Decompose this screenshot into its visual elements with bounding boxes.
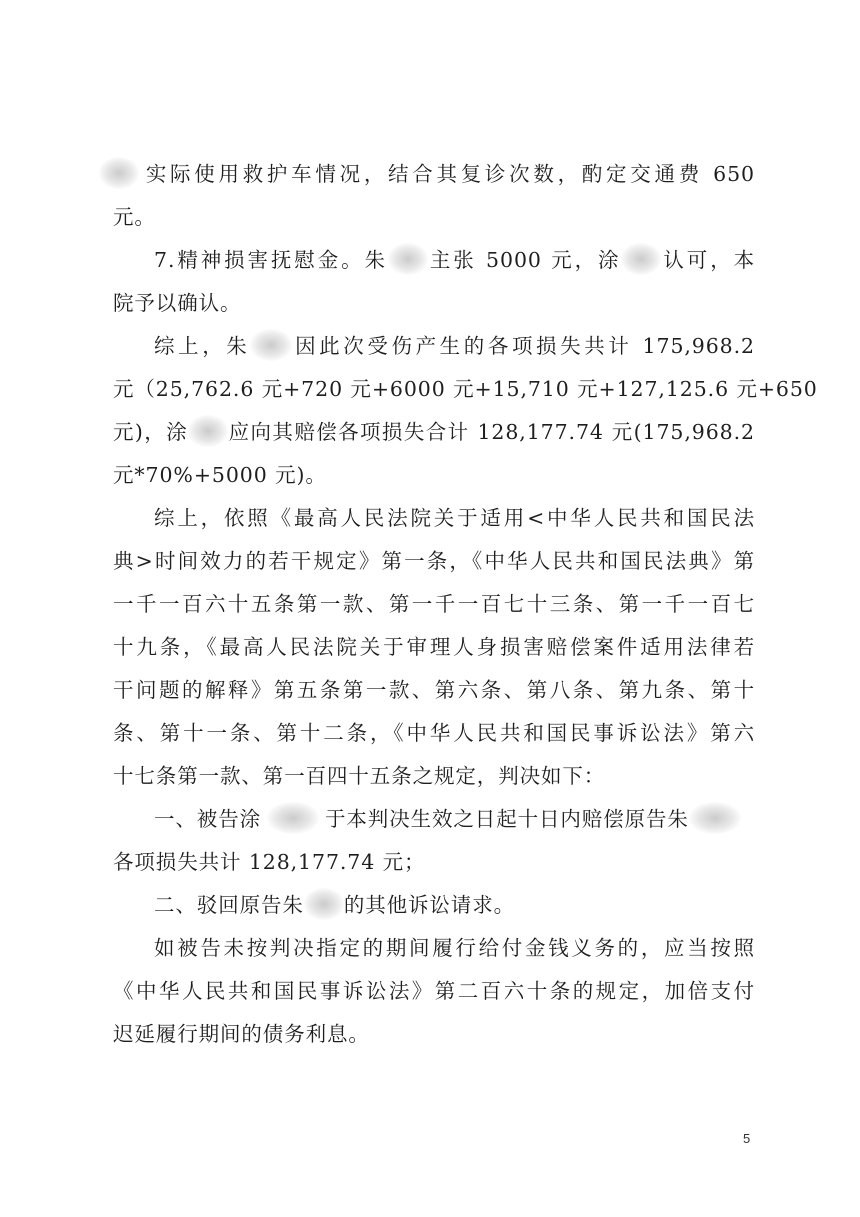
line-text: 迟延履行期间的债务利息。 [113, 1022, 370, 1046]
redacted-name [250, 329, 292, 361]
page-number: 5 [743, 1131, 750, 1146]
line-text: 实际使用救护车情况，结合其复诊次数，酌定交通费 650 [143, 162, 755, 186]
redacted-name [388, 243, 428, 275]
text-line-legal-basis: 综上，依照《最高人民法院关于适用<中华人民共和国民法 [113, 497, 755, 540]
text-line: 典>时间效力的若干规定》第一条，《中华人民共和国民法典》第 [113, 540, 755, 583]
text-line-mental-damage: 7.精神损害抚慰金。朱主张 5000 元，涂认可，本 [113, 239, 755, 282]
line-text: 应向其赔偿各项损失合计 128,177.74 元(175,968.2 [228, 420, 755, 444]
line-text: 7.精神损害抚慰金。朱 [154, 248, 388, 272]
line-text: 干问题的解释》第五条第一款、第六条、第八条、第九条、第十 [113, 678, 755, 702]
line-text: 综上，依照《最高人民法院关于适用<中华人民共和国民法 [154, 506, 755, 530]
line-text: 条、第十一条、第十二条，《中华人民共和国民事诉讼法》第六 [113, 721, 755, 745]
line-text: 主张 5000 元，涂 [428, 248, 622, 272]
line-text: 十七条第一款、第一百四十五条之规定，判决如下： [113, 764, 605, 788]
judgment-item-2: 二、驳回原告朱的其他诉讼请求。 [113, 884, 755, 927]
text-line: 院予以确认。 [113, 282, 755, 325]
line-text: 于本判决生效之日起十日内赔偿原告朱 [325, 807, 689, 831]
redacted-name [188, 415, 228, 447]
judgment-body-text: 实际使用救护车情况，结合其复诊次数，酌定交通费 650 元。 7.精神损害抚慰金… [113, 153, 755, 1056]
line-text: 一千一百六十五条第一款、第一千一百七十三条、第一千一百七 [113, 592, 755, 616]
line-text: 二、驳回原告朱 [154, 893, 304, 917]
line-text: 的其他诉讼请求。 [344, 893, 515, 917]
text-line-total-loss: 综上，朱因此次受伤产生的各项损失共计 175,968.2 [113, 325, 755, 368]
line-text: 各项损失共计 128,177.74 元； [113, 850, 425, 874]
text-line: 一千一百六十五条第一款、第一千一百七十三条、第一千一百七 [113, 583, 755, 626]
line-text: 元。 [113, 205, 156, 229]
redacted-name [689, 802, 741, 834]
redacted-name [267, 802, 319, 834]
line-text: 十九条，《最高人民法院关于审理人身损害赔偿案件适用法律若 [113, 635, 755, 659]
text-line-loss-breakdown: 元（25,762.6 元+720 元+6000 元+15,710 元+127,1… [113, 368, 755, 411]
line-text: 《中华人民共和国民事诉讼法》第二百六十条的规定，加倍支付 [113, 979, 755, 1003]
text-line-transport-fee: 实际使用救护车情况，结合其复诊次数，酌定交通费 650 [113, 153, 755, 196]
line-text: 典>时间效力的若干规定》第一条，《中华人民共和国民法典》第 [113, 549, 755, 573]
redacted-name [304, 888, 344, 920]
text-line: 《中华人民共和国民事诉讼法》第二百六十条的规定，加倍支付 [113, 970, 755, 1013]
judgment-item-1: 一、被告涂于本判决生效之日起十日内赔偿原告朱 [113, 798, 755, 841]
text-line-compensation-total: 元)，涂应向其赔偿各项损失合计 128,177.74 元(175,968.2 [113, 411, 755, 454]
line-text: 元*70%+5000 元)。 [113, 463, 327, 487]
line-text: 认可，本 [661, 248, 755, 272]
text-line: 迟延履行期间的债务利息。 [113, 1013, 755, 1056]
redacted-name [621, 243, 661, 275]
text-line: 元*70%+5000 元)。 [113, 454, 755, 497]
line-text: 因此次受伤产生的各项损失共计 175,968.2 [292, 334, 755, 358]
text-line: 元。 [113, 196, 755, 239]
text-line: 干问题的解释》第五条第一款、第六条、第八条、第九条、第十 [113, 669, 755, 712]
text-line: 十九条，《最高人民法院关于审理人身损害赔偿案件适用法律若 [113, 626, 755, 669]
line-text: 院予以确认。 [113, 291, 241, 315]
text-line: 条、第十一条、第十二条，《中华人民共和国民事诉讼法》第六 [113, 712, 755, 755]
line-text: 一、被告涂 [154, 807, 261, 831]
document-page: 实际使用救护车情况，结合其复诊次数，酌定交通费 650 元。 7.精神损害抚慰金… [0, 0, 860, 1217]
redacted-name [99, 157, 139, 189]
text-line-delay-interest: 如被告未按判决指定的期间履行给付金钱义务的，应当按照 [113, 927, 755, 970]
text-line: 各项损失共计 128,177.74 元； [113, 841, 755, 884]
line-text: 如被告未按判决指定的期间履行给付金钱义务的，应当按照 [154, 936, 755, 960]
line-text: 综上，朱 [154, 334, 250, 358]
line-text: 元)，涂 [113, 420, 188, 444]
text-line: 十七条第一款、第一百四十五条之规定，判决如下： [113, 755, 755, 798]
line-text: 元（25,762.6 元+720 元+6000 元+15,710 元+127,1… [113, 377, 818, 401]
